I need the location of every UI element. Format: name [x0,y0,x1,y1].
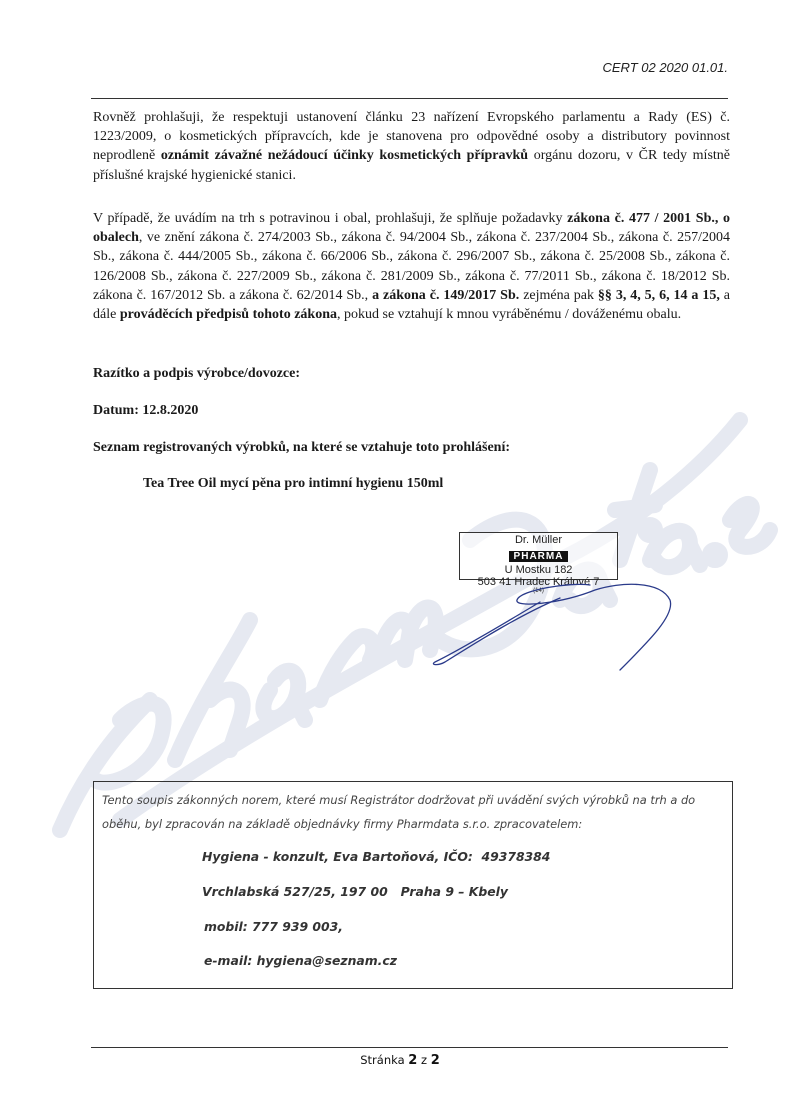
stamp-number: (14) [460,588,617,594]
text-segment: V případě, že uvádím na trh s potravinou… [93,211,567,226]
product-item: Tea Tree Oil mycí pěna pro intimní hygie… [143,476,443,492]
page-indicator: Stránka 2 z 2 [0,1053,800,1068]
processor-info-box: Tento soupis zákonných norem, které musí… [93,781,733,989]
certificate-code: CERT 02 2020 01.01. [602,60,728,75]
text-segment: zejména pak [519,288,598,303]
paragraph-packaging-declaration: V případě, že uvádím na trh s potravinou… [93,209,730,324]
stamp-signature-label: Razítko a podpis výrobce/dovozce: [93,366,300,382]
processor-company: Hygiena - konzult, Eva Bartoňová, IČO: 4… [202,849,550,864]
stamp-brand: PHARMA [509,551,569,562]
date-label: Datum: 12.8.2020 [93,403,198,419]
current-page-number: 2 [408,1053,417,1068]
footer-divider [91,1047,728,1048]
page-word: Stránka [360,1053,404,1067]
text-segment-bold: §§ 3, 4, 5, 6, 14 a 15, [598,288,720,303]
processor-address: Vrchlabská 527/25, 197 00 Praha 9 – Kbel… [202,884,508,899]
text-segment: , pokud se vztahují k mnou vyráběnému / … [337,307,681,322]
text-segment-bold: a zákona č. 149/2017 Sb. [372,288,519,303]
products-list-label: Seznam registrovaných výrobků, na které … [93,440,510,456]
of-word: z [421,1053,427,1067]
total-pages-number: 2 [431,1053,440,1068]
stamp-city: 503 41 Hradec Králové 7 [460,576,617,588]
processor-email: e-mail: hygiena@seznam.cz [204,953,397,968]
header-divider [91,98,728,99]
company-stamp: Dr. Müller PHARMA U Mostku 182 503 41 Hr… [459,532,618,580]
processor-mobile: mobil: 777 939 003, [204,919,343,934]
paragraph-cosmetics-declaration: Rovněž prohlašuji, že respektuji ustanov… [93,108,730,185]
info-intro-text: Tento soupis zákonných norem, které musí… [102,788,727,836]
text-segment-bold: oznámit závažné nežádoucí účinky kosmeti… [161,148,528,163]
text-segment-bold: prováděcích předpisů tohoto zákona [120,307,337,322]
stamp-name: Dr. Müller [460,534,617,546]
stamp-street: U Mostku 182 [460,564,617,576]
